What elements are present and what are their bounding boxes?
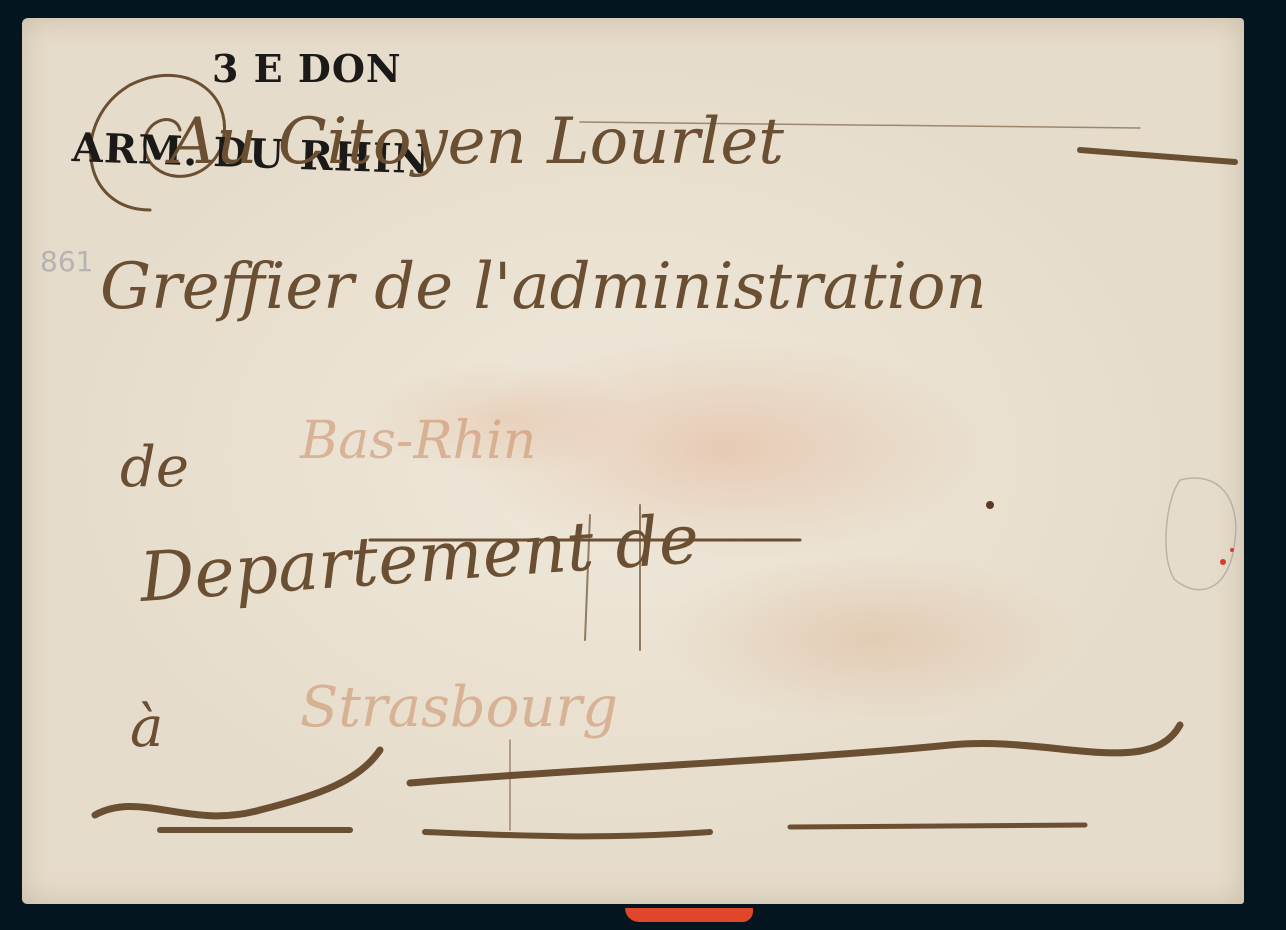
faded-line-1: Bas-Rhin [300,415,536,467]
pencil-note: 861 [40,245,93,278]
address-line-3: de [120,440,189,496]
address-line-1: Au Citoyen Lourlet [170,110,784,174]
address-line-5: à [130,700,163,756]
postmark-line-1: 3 E DON [212,50,402,88]
faded-line-2: Strasbourg [300,680,618,736]
wax-seal [625,908,753,922]
address-line-2: Greffier de l'administration [100,255,987,319]
